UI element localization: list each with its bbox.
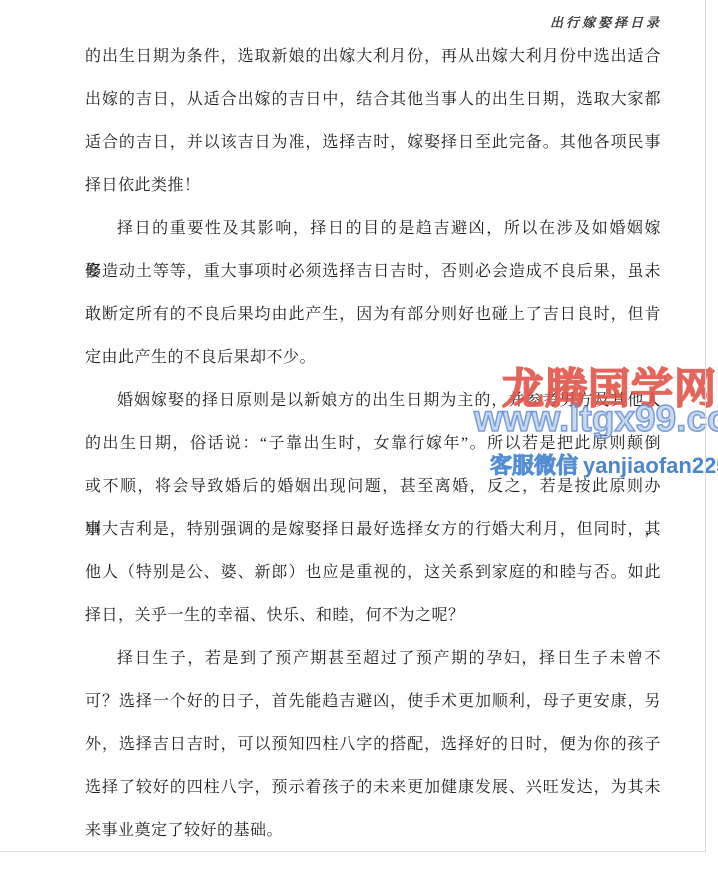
text-line: 定由此产生的不良后果却不少。 (85, 336, 661, 379)
text-line: 外，选择吉日吉时，可以预知四柱八字的搭配，选择好的日时，便为你的孩子 (85, 723, 661, 766)
text-line: 择日依此类推！ (85, 164, 661, 207)
text-line: 选择了较好的四柱八字，预示着孩子的未来更加健康发展、兴旺发达，为其未 (85, 766, 661, 809)
text-line: 择日生子，若是到了预产期甚至超过了预产期的孕妇，择日生子未曾不 (85, 637, 661, 680)
text-line: 来事业奠定了较好的基础。 (85, 809, 661, 852)
text-line: 修造动土等等，重大事项时必须选择吉日吉时，否则必会造成不良后果，虽未 (85, 250, 661, 293)
text-line: 他人（特别是公、婆、新郎）也应是重视的，这关系到家庭的和睦与否。如此 (85, 551, 661, 594)
text-line: 适合的吉日，并以该吉日为准，选择吉时，嫁娶择日至此完备。其他各项民事 (85, 121, 661, 164)
text-line: 或不顺，将会导致婚后的婚姻出现问题，甚至离婚，反之，若是按此原则办事， (85, 465, 661, 508)
body-text: 的出生日期为条件，选取新娘的出嫁大利月份，再从出嫁大利月份中选出适合 出嫁的吉日… (85, 35, 661, 852)
text-line: 婚姻嫁娶的择日原则是以新娘方的出生日期为主的，并参考男方及其他人 (85, 379, 661, 422)
text-line: 择日，关乎一生的幸福、快乐、和睦，何不为之呢？ (85, 594, 661, 637)
text-line: 出嫁的吉日，从适合出嫁的吉日中，结合其他当事人的出生日期，选取大家都 (85, 78, 661, 121)
text-line: 择日的重要性及其影响，择日的目的是趋吉避凶，所以在涉及如婚姻嫁娶、 (85, 207, 661, 250)
scan-edge-right (705, 0, 706, 852)
page-header-title: 出行嫁娶择日录 (550, 12, 662, 31)
scanned-document-page: 出行嫁娶择日录 的出生日期为条件，选取新娘的出嫁大利月份，再从出嫁大利月份中选出… (0, 0, 718, 873)
scan-edge-bottom (0, 851, 706, 852)
text-line: 的出生日期为条件，选取新娘的出嫁大利月份，再从出嫁大利月份中选出适合 (85, 35, 661, 78)
text-line: 则大吉利是，特别强调的是嫁娶择日最好选择女方的行婚大利月，但同时，其 (85, 508, 661, 551)
text-line: 可？选择一个好的日子，首先能趋吉避凶，使手术更加顺利，母子更安康，另 (85, 680, 661, 723)
text-line: 敢断定所有的不良后果均由此产生，因为有部分则好也碰上了吉日良时，但肯 (85, 293, 661, 336)
text-line: 的出生日期，俗话说：“子靠出生时，女靠行嫁年”。所以若是把此原则颠倒 (85, 422, 661, 465)
